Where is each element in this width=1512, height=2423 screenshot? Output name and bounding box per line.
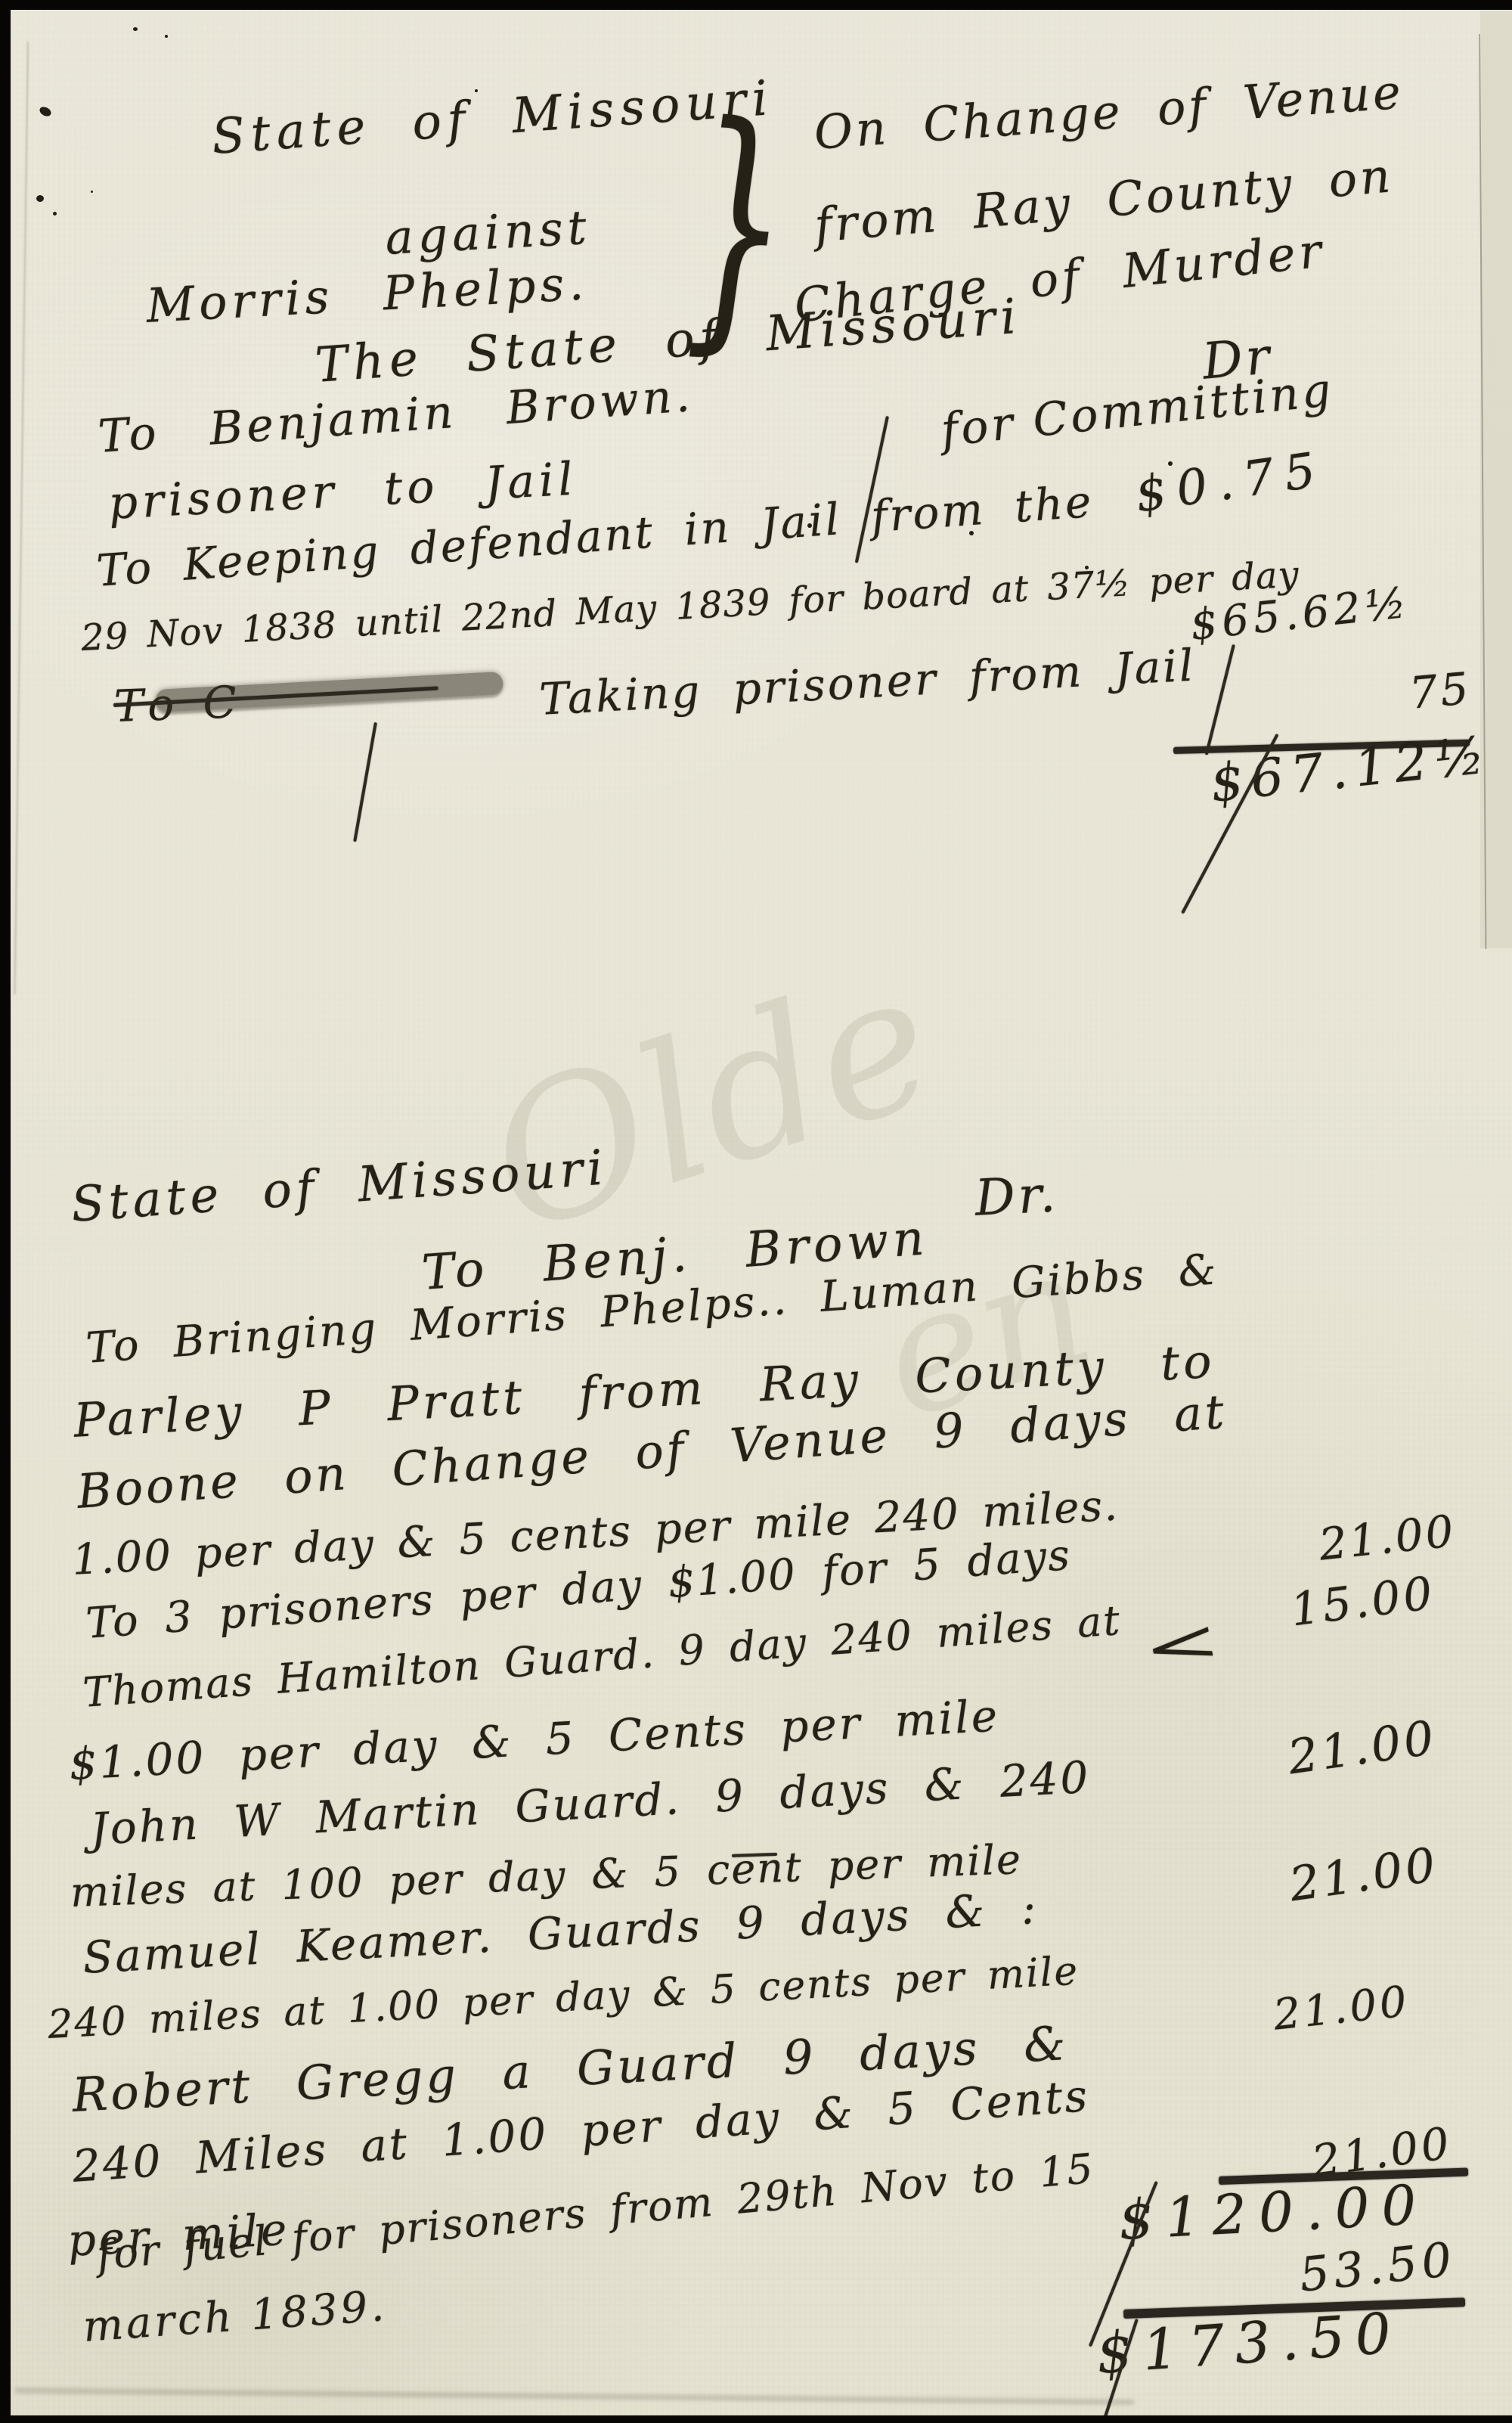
ink-dot: [91, 191, 93, 193]
ink-dot: [475, 89, 478, 92]
ink-dot: [807, 523, 812, 528]
ink-dot: [53, 212, 57, 216]
bill2-amount1: 21.00: [1317, 1509, 1458, 1567]
ink-dot: [133, 27, 138, 31]
ink-dot: [1168, 461, 1173, 466]
caption-party-vs: against: [384, 204, 592, 262]
scanned-document-page: Olde en State of Missouri against Morris…: [0, 0, 1512, 2423]
frame-edge-left: [0, 0, 11, 2423]
ink-dot: [165, 35, 168, 38]
ink-dot: [969, 531, 974, 535]
bill2-subtotal: $120.00: [1117, 2177, 1430, 2248]
ink-blot: [36, 195, 44, 202]
ink-dot: [1085, 566, 1089, 569]
bill2-dr-label: Dr.: [974, 1169, 1060, 1224]
frame-edge-top: [0, 0, 1512, 10]
arrow-mark: <: [1139, 1611, 1225, 1678]
frame-edge-bottom: [0, 2415, 1512, 2423]
bill1-amount-taking: 75: [1408, 666, 1473, 715]
